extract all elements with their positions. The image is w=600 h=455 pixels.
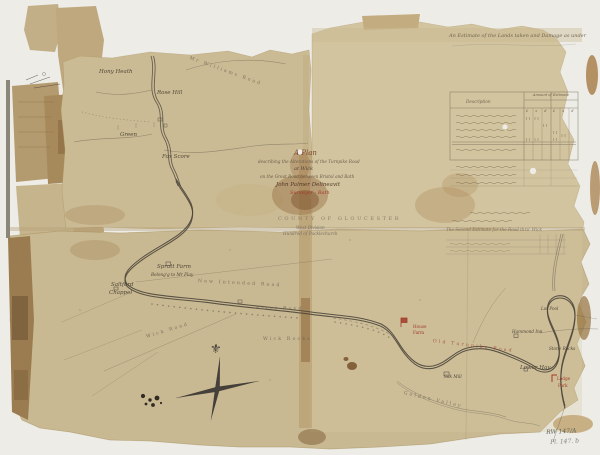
label-stone-rocks: Stone Rocks [549,347,575,351]
label-spratt-farm: Spratt Farm [157,265,191,271]
label-lot-pool: Lot Pool [541,307,558,311]
label-lodge: Lodge [557,377,570,381]
label-lower-hay: Lower Hay [520,366,551,372]
county-hundred: Hundred of Pucklechurch [283,232,338,236]
label-silk-mill: Silk Mill [444,375,462,379]
label-park: Park [558,384,568,388]
title-a-plan: A Plan [294,150,317,157]
scanned-map-sheet: ⚜ Mr Williams Road Hony Heath R [0,0,600,455]
currency-header-left: £ s d [526,110,550,114]
title-line4: on the Great Road between Bristol and Ba… [260,175,354,179]
estimate-table-title: An Estimate of the Lands taken and Damag… [449,34,579,39]
label-hony-heath: Hony Heath [99,70,133,76]
county-heading: County of Gloucester [278,217,401,222]
label-belonging-mr-flay: Belong'g to Mr Flay [151,273,193,277]
title-line2: describing the Alterations of the Turnpi… [258,160,360,164]
title-line6: Surveyor · Bath [290,191,330,196]
label-house-farm-line1: House [413,325,427,329]
label-green: Green [120,133,137,139]
title-line3: at Wick [294,167,313,172]
second-estimate-caption: The Second Estimate for the Road thro' W… [446,228,542,232]
title-line5: John Palmer Delineavit [276,183,340,189]
label-house-farm-line2: Farm [413,331,424,335]
label-fox-score: Fox Score [162,155,190,161]
estimate-description-header: Description [466,100,491,104]
label-rose-hill: Rose Hill [157,91,182,97]
label-river-boyd: River Boyd [256,307,304,312]
estimate-amount-header: Amount of Estimate [525,93,577,97]
fleur-de-lis-icon: ⚜ [209,342,222,358]
currency-header-right: £ s d [553,110,577,114]
label-wick-rocks: Wick Rocks [263,338,312,343]
label-saltford: Saltford [111,283,134,289]
county-division: West Division [296,226,325,230]
label-chappel: Chappel [109,291,132,297]
label-hammond-inn: Hammond Inn [512,330,542,334]
